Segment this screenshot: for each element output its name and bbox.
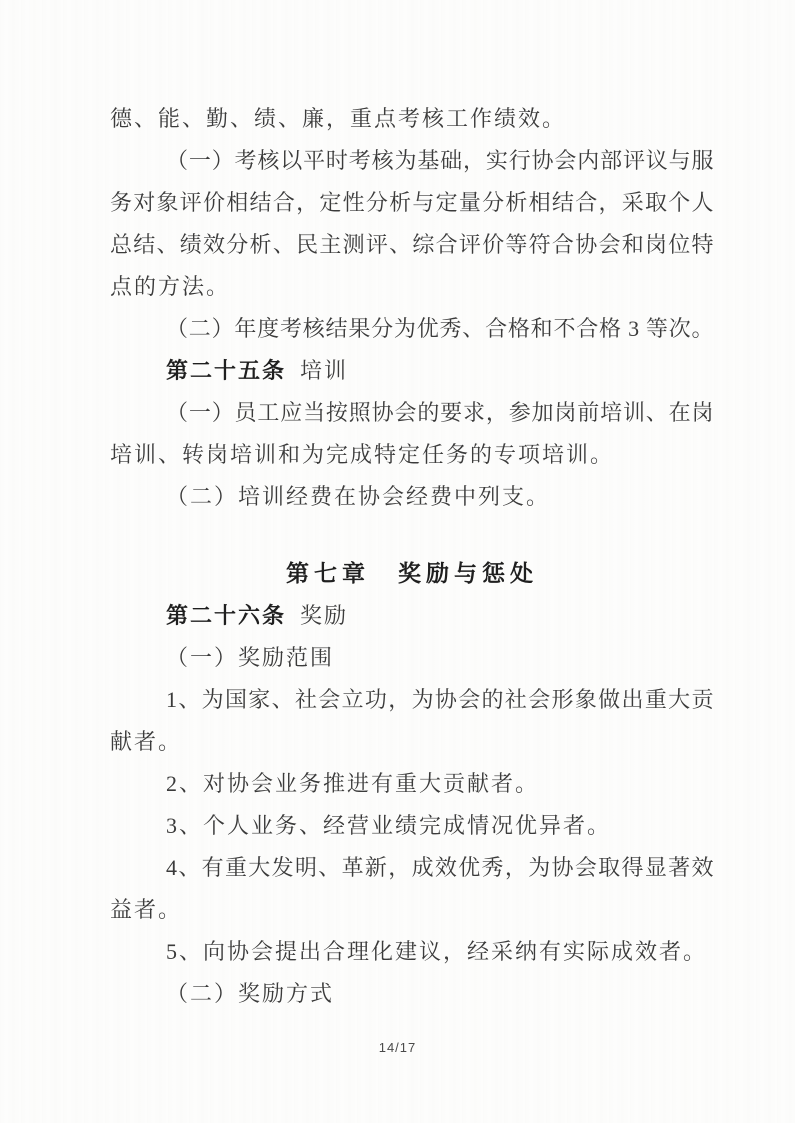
list-item-line: 1、为国家、社会立功，为协会的社会形象做出重大贡 xyxy=(110,679,714,721)
list-item-line: 4、有重大发明、革新，成效优秀，为协会取得显著效 xyxy=(110,847,714,889)
text-line: （二）年度考核结果分为优秀、合格和不合格 3 等次。 xyxy=(110,308,714,350)
list-item-line: 献者。 xyxy=(110,721,714,763)
article-number: 第二十五条 xyxy=(166,358,286,383)
page-number: 14/17 xyxy=(0,1040,795,1055)
chapter-heading: 第七章 奖励与惩处 xyxy=(110,553,714,595)
text-line: 培训、转岗培训和为完成特定任务的专项培训。 xyxy=(110,434,714,476)
text-line: （一）员工应当按照协会的要求，参加岗前培训、在岗 xyxy=(110,392,714,434)
article-title: 培训 xyxy=(300,358,348,383)
article-number: 第二十六条 xyxy=(166,603,286,628)
list-item-line: 益者。 xyxy=(110,889,714,931)
list-item-line: 5、向协会提出合理化建议，经采纳有实际成效者。 xyxy=(110,931,714,973)
document-page: 德、能、勤、绩、廉，重点考核工作绩效。 （一）考核以平时考核为基础，实行协会内部… xyxy=(0,0,795,1123)
text-line: 总结、绩效分析、民主测评、综合评价等符合协会和岗位特 xyxy=(110,224,714,266)
text-line: （一）奖励范围 xyxy=(110,637,714,679)
list-item-line: 3、个人业务、经营业绩完成情况优异者。 xyxy=(110,805,714,847)
text-line: 德、能、勤、绩、廉，重点考核工作绩效。 xyxy=(110,98,714,140)
text-line: 点的方法。 xyxy=(110,266,714,308)
text-line: （二）培训经费在协会经费中列支。 xyxy=(110,476,714,518)
text-line: （二）奖励方式 xyxy=(110,973,714,1015)
list-item-line: 2、对协会业务推进有重大贡献者。 xyxy=(110,763,714,805)
text-line: 务对象评价相结合，定性分析与定量分析相结合，采取个人 xyxy=(110,182,714,224)
text-line: （一）考核以平时考核为基础，实行协会内部评议与服 xyxy=(110,140,714,182)
article-title: 奖励 xyxy=(300,603,348,628)
article-heading: 第二十六条奖励 xyxy=(110,595,714,637)
article-heading: 第二十五条培训 xyxy=(110,350,714,392)
document-content: 德、能、勤、绩、廉，重点考核工作绩效。 （一）考核以平时考核为基础，实行协会内部… xyxy=(110,98,714,1015)
